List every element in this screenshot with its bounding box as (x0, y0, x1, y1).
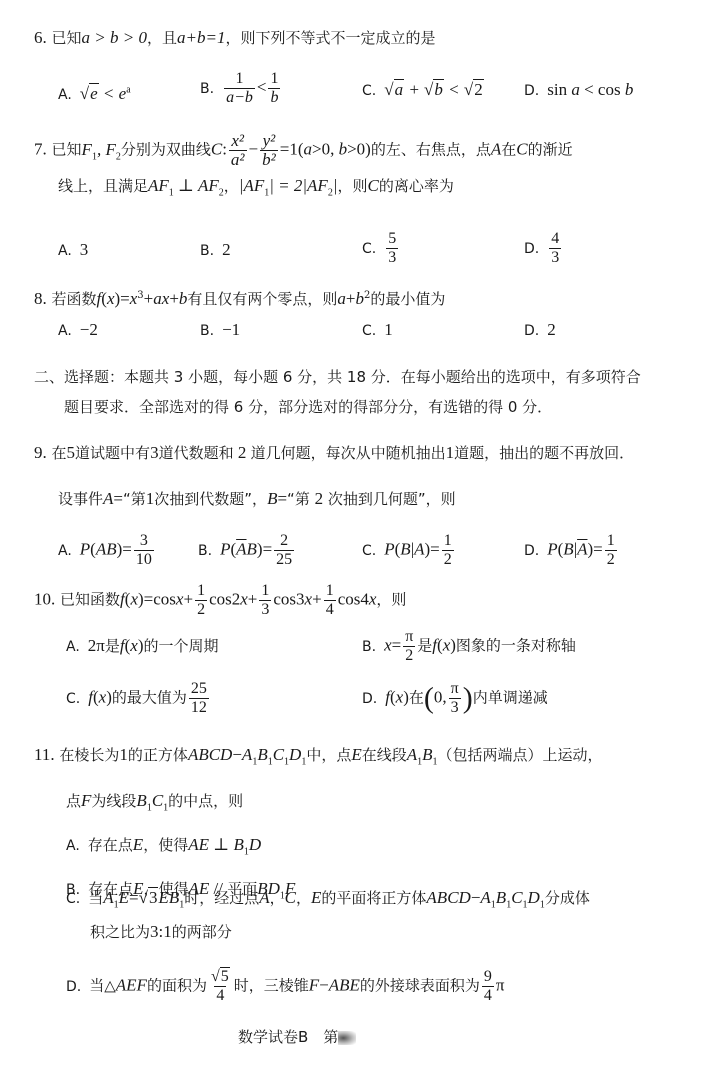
smudge-artifact (338, 1031, 356, 1045)
q6-option-c: C.√a + √b < √2 (362, 80, 484, 101)
q10-option-b: B.x=π2是f(x)图象的一条对称轴 (362, 628, 576, 665)
question-7-stem-line2: 线上，且满足AF1 ⊥ AF2，|AF1| = 2|AF2|，则C的离心率为 (58, 176, 454, 203)
q10-option-d: D.f(x)在(0,π3)内单调递减 (362, 680, 548, 717)
q9-option-c: C.P(B|A)=12 (362, 532, 456, 569)
q6-option-d: D.sin a < cos b (524, 80, 633, 101)
question-11-stem-line1: 11. 在棱长为1的正方体ABCD−A1B1C1D1中，点E在线段A1B1（包括… (34, 745, 603, 772)
q7-option-c: C.53 (362, 230, 400, 267)
q9-option-a: A.P(AB)=310 (58, 532, 156, 569)
question-6-stem: 6. 已知a > b > 0，且a+b=1，则下列不等式不一定成立的是 (34, 28, 435, 48)
q7-option-b: B.2 (200, 240, 231, 261)
section-2-instructions-line1: 二、选择题：本题共 3 小题，每小题 6 分，共 18 分．在每小题给出的选项中… (34, 367, 641, 387)
q11-option-d: D.当△AEF的面积为√54时，三棱锥F−ABE的外接球表面积为94π (66, 968, 505, 1005)
question-7-stem-line1: 7. 已知F1, F2分别为双曲线C:x²a²−y²b²=1(a>0, b>0)… (34, 132, 573, 169)
q10-option-c: C.f(x)的最大值为2512 (66, 680, 211, 717)
q7-option-a: A.3 (58, 240, 88, 261)
question-9-stem-line2: 设事件A=“第1次抽到代数题”，B=“第 2 次抽到几何题”，则 (58, 489, 456, 509)
question-8-stem: 8. 若函数f(x)=x3+ax+b有且仅有两个零点，则a+b2的最小值为 (34, 286, 445, 309)
q8-option-c: C.1 (362, 320, 393, 341)
q7-option-d: D.43 (524, 230, 563, 267)
q8-option-b: B.−1 (200, 320, 240, 341)
section-2-instructions-line2: 题目要求．全部选对的得 6 分，部分选对的得部分分，有选错的得 0 分． (64, 397, 552, 417)
q6-option-b: B.1a−b<1b (200, 70, 282, 107)
q8-option-d: D.2 (524, 320, 556, 341)
q8-option-a: A.−2 (58, 320, 98, 341)
q10-option-a: A.2π是f(x)的一个周期 (66, 636, 219, 657)
q11-option-a: A.存在点E，使得AE ⊥ B1D (66, 835, 261, 862)
question-9-stem-line1: 9. 在5道试题中有3道代数题和 2 道几何题，每次从中随机抽出1道题，抽出的题… (34, 443, 634, 463)
page-footer: 数学试卷B 第 (238, 1026, 356, 1047)
q9-option-d: D.P(B|A)=12 (524, 532, 619, 569)
question-11-stem-line2: 点F为线段B1C1的中点，则 (66, 791, 243, 818)
q11-option-c-statement: C.当A1E=√3EB1时，经过点A，C，E的平面将正方体ABCD−A1B1C1… (66, 888, 590, 915)
q6-option-a: A.√e < ea (58, 80, 131, 105)
q9-option-b: B.P(AB)=225 (198, 532, 296, 569)
question-10-stem: 10. 已知函数f(x)=cosx+12cos2x+13cos3x+14cos4… (34, 582, 406, 619)
q11-option-c-line2: 积之比为3:1的两部分 (90, 922, 232, 942)
